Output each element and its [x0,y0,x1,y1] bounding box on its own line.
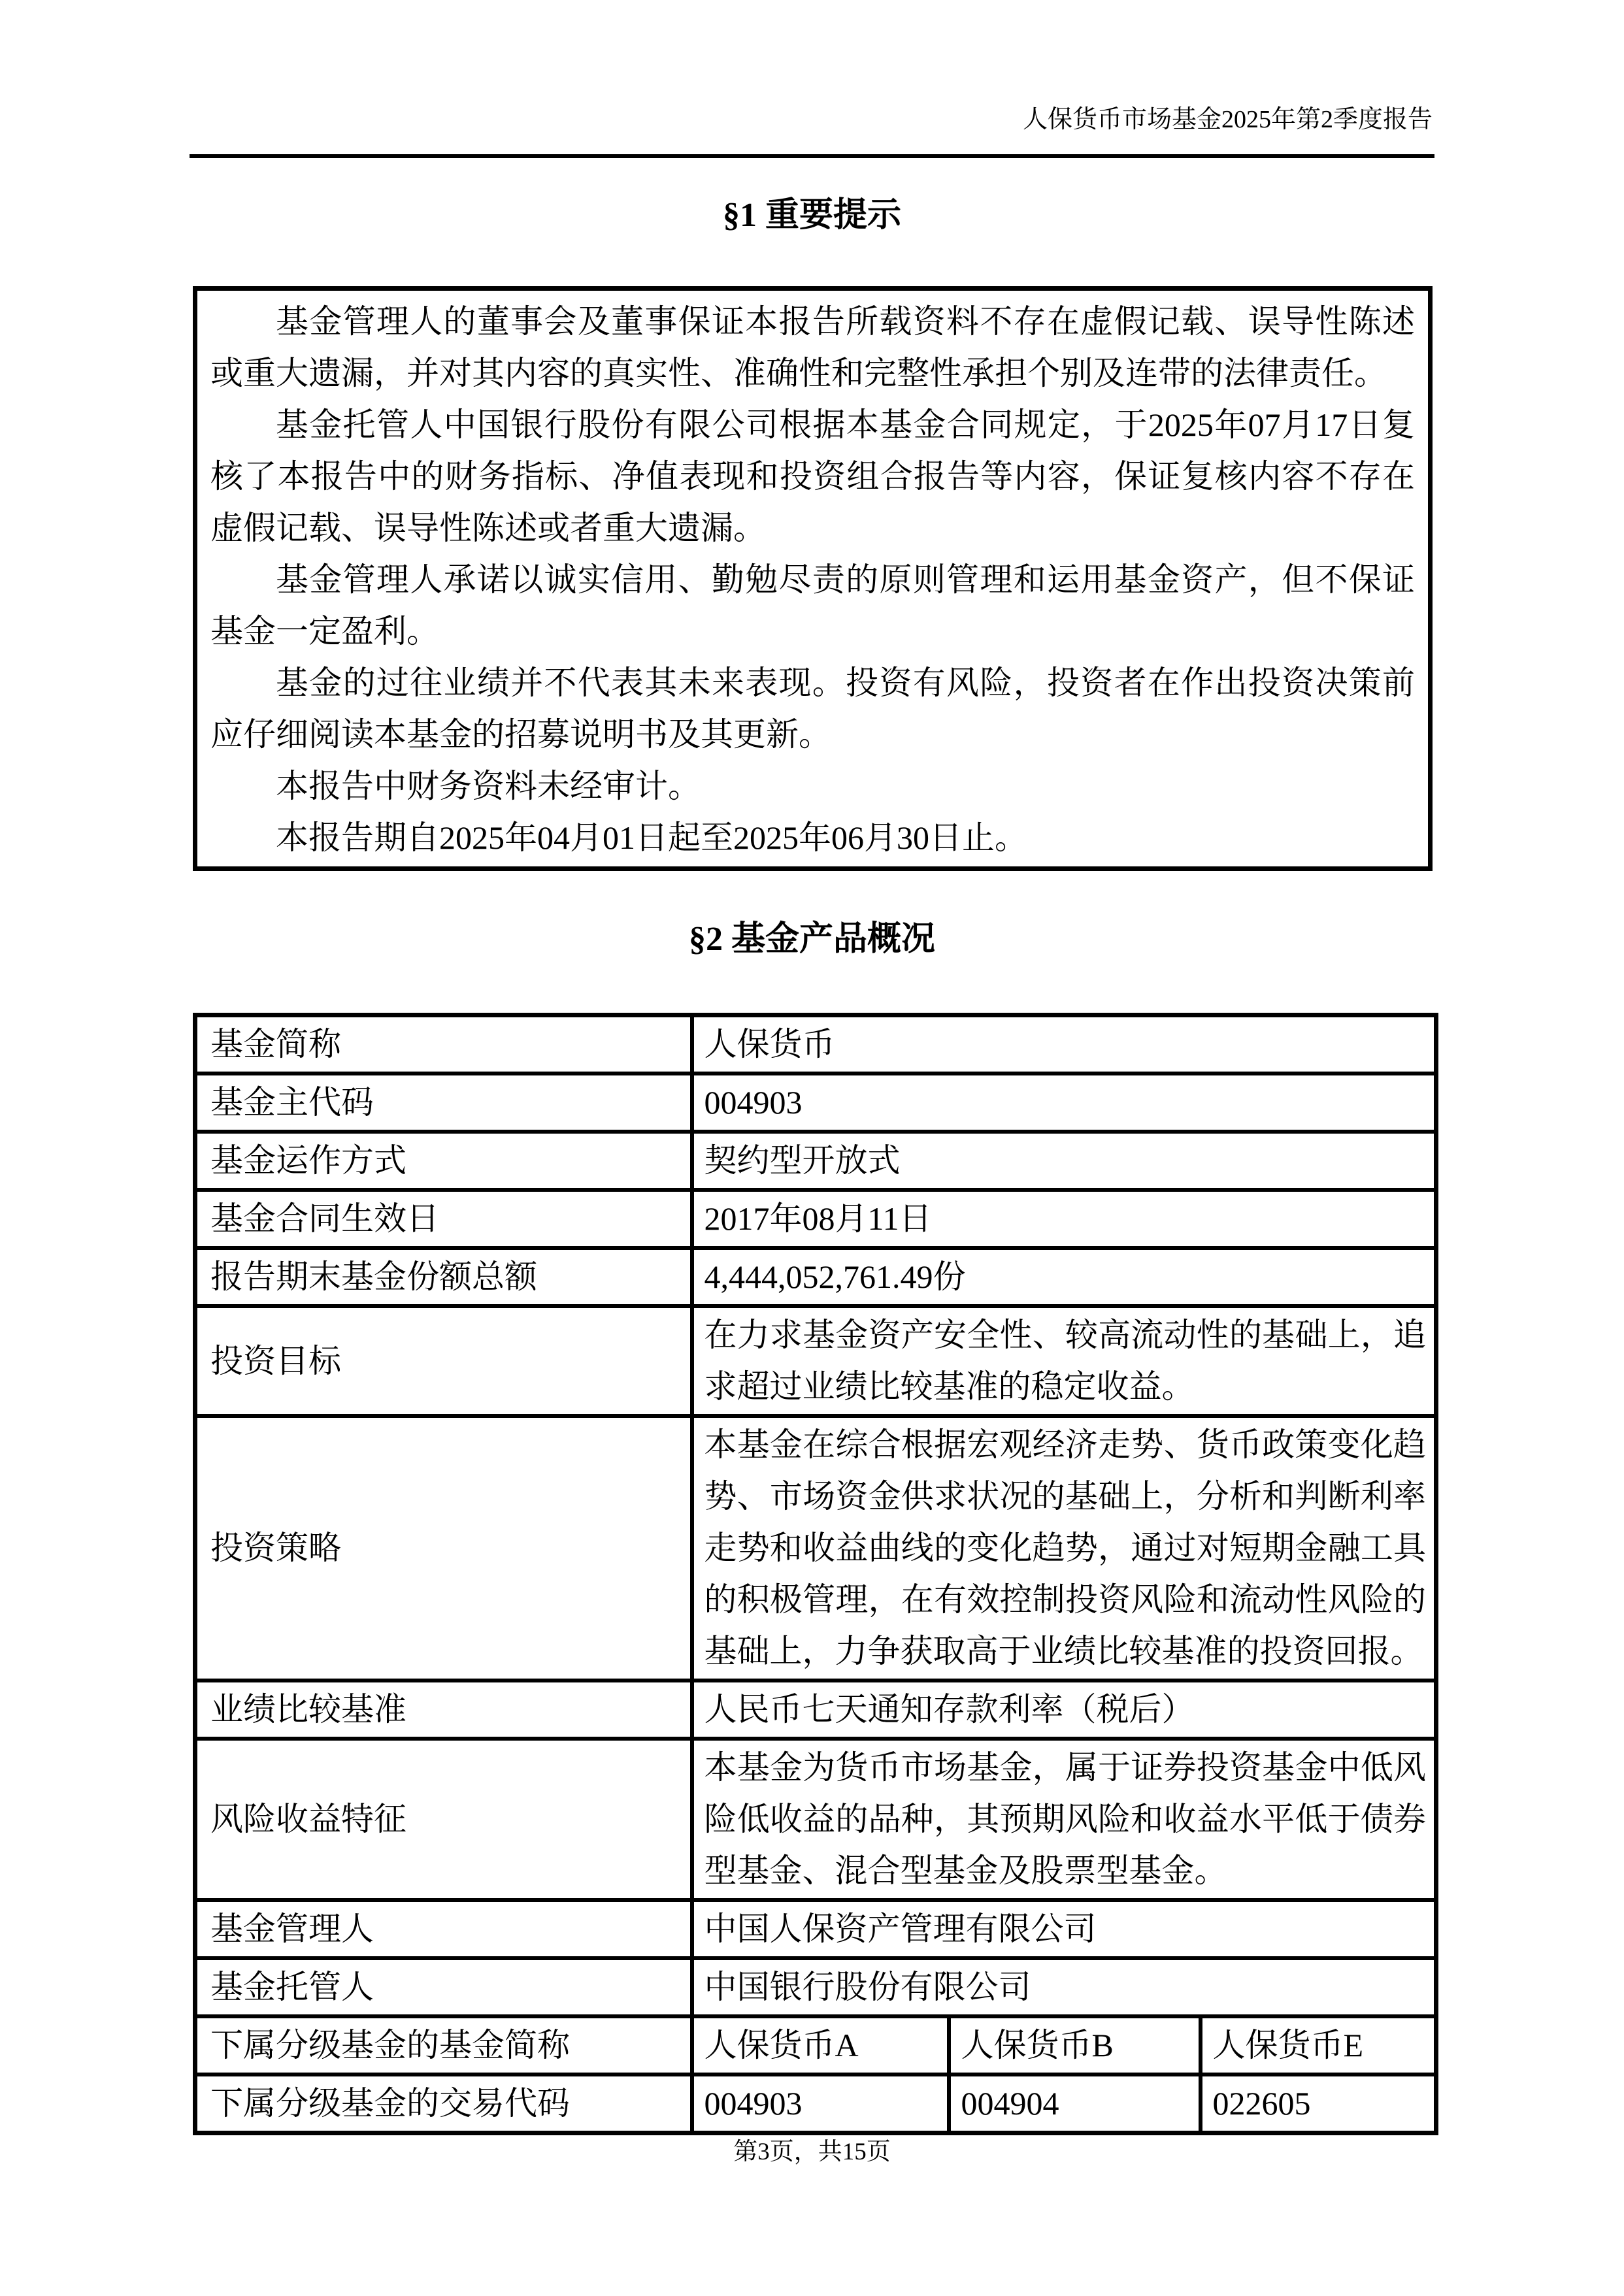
row-label-cell: 基金合同生效日 [195,1190,692,1248]
row-value-cell: 在力求基金资产安全性、较高流动性的基础上，追求超过业绩比较基准的稳定收益。 [692,1306,1436,1416]
notice-paragraph: 基金管理人承诺以诚实信用、勤勉尽责的原则管理和运用基金资产，但不保证基金一定盈利… [210,554,1415,657]
subfund-code-row: 下属分级基金的交易代码 004903 004904 022605 [195,2075,1436,2133]
header-divider-rule [190,154,1434,158]
table-row: 业绩比较基准 人民币七天通知存款利率（税后） [195,1681,1436,1739]
row-value-cell: 4,444,052,761.49份 [692,1248,1436,1306]
table-row: 基金合同生效日 2017年08月11日 [195,1190,1436,1248]
table-row: 投资策略 本基金在综合根据宏观经济走势、货币政策变化趋势、市场资金供求状况的基础… [195,1416,1436,1681]
table-row: 基金主代码 004903 [195,1074,1436,1132]
row-value-cell: 本基金为货币市场基金，属于证券投资基金中低风险低收益的品种，其预期风险和收益水平… [692,1739,1436,1900]
subfund-name-cell: 人保货币A [692,2016,949,2075]
report-page: { "header": { "title": "人保货币市场基金2025年第2季… [0,0,1624,2296]
table-row: 报告期末基金份额总额 4,444,052,761.49份 [195,1248,1436,1306]
row-value-cell: 人民币七天通知存款利率（税后） [692,1681,1436,1739]
row-label-cell: 下属分级基金的交易代码 [195,2075,692,2133]
important-notice-box: 基金管理人的董事会及董事保证本报告所载资料不存在虚假记载、误导性陈述或重大遗漏，… [193,286,1433,871]
row-value-cell: 人保货币 [692,1015,1436,1074]
row-value-cell: 2017年08月11日 [692,1190,1436,1248]
row-label-cell: 基金托管人 [195,1958,692,2016]
table-row: 基金运作方式 契约型开放式 [195,1132,1436,1190]
notice-paragraph: 本报告期自2025年04月01日起至2025年06月30日止。 [210,812,1415,864]
row-value-cell: 中国人保资产管理有限公司 [692,1900,1436,1958]
row-label-cell: 业绩比较基准 [195,1681,692,1739]
row-value-cell: 中国银行股份有限公司 [692,1958,1436,2016]
notice-paragraph: 基金的过往业绩并不代表其未来表现。投资有风险，投资者在作出投资决策前应仔细阅读本… [210,657,1415,761]
row-value-cell: 004903 [692,1074,1436,1132]
row-label-cell: 投资策略 [195,1416,692,1681]
table-row: 基金简称 人保货币 [195,1015,1436,1074]
row-label-cell: 基金运作方式 [195,1132,692,1190]
section2-title: §2 基金产品概况 [191,919,1433,960]
subfund-name-cell: 人保货币B [949,2016,1201,2075]
row-label-cell: 投资目标 [195,1306,692,1416]
subfund-code-cell: 004904 [949,2075,1201,2133]
row-value-cell: 契约型开放式 [692,1132,1436,1190]
row-label-cell: 风险收益特征 [195,1739,692,1900]
section1-title: §1 重要提示 [191,195,1433,237]
table-row: 风险收益特征 本基金为货币市场基金，属于证券投资基金中低风险低收益的品种，其预期… [195,1739,1436,1900]
notice-paragraph: 基金管理人的董事会及董事保证本报告所载资料不存在虚假记载、误导性陈述或重大遗漏，… [210,296,1415,399]
report-title-header: 人保货币市场基金2025年第2季度报告 [191,103,1433,136]
subfund-name-cell: 人保货币E [1201,2016,1436,2075]
row-label-cell: 报告期末基金份额总额 [195,1248,692,1306]
fund-overview-table: 基金简称 人保货币 基金主代码 004903 基金运作方式 契约型开放式 基金合… [193,1013,1438,2135]
table-row: 投资目标 在力求基金资产安全性、较高流动性的基础上，追求超过业绩比较基准的稳定收… [195,1306,1436,1416]
subfund-code-cell: 004903 [692,2075,949,2133]
notice-paragraph: 本报告中财务资料未经审计。 [210,761,1415,812]
notice-paragraph: 基金托管人中国银行股份有限公司根据本基金合同规定，于2025年07月17日复核了… [210,399,1415,554]
row-label-cell: 下属分级基金的基金简称 [195,2016,692,2075]
subfund-name-row: 下属分级基金的基金简称 人保货币A 人保货币B 人保货币E [195,2016,1436,2075]
page-footer: 第3页，共15页 [191,2138,1433,2167]
table-row: 基金托管人 中国银行股份有限公司 [195,1958,1436,2016]
row-label-cell: 基金简称 [195,1015,692,1074]
subfund-code-cell: 022605 [1201,2075,1436,2133]
table-row: 基金管理人 中国人保资产管理有限公司 [195,1900,1436,1958]
row-label-cell: 基金主代码 [195,1074,692,1132]
row-label-cell: 基金管理人 [195,1900,692,1958]
row-value-cell: 本基金在综合根据宏观经济走势、货币政策变化趋势、市场资金供求状况的基础上，分析和… [692,1416,1436,1681]
